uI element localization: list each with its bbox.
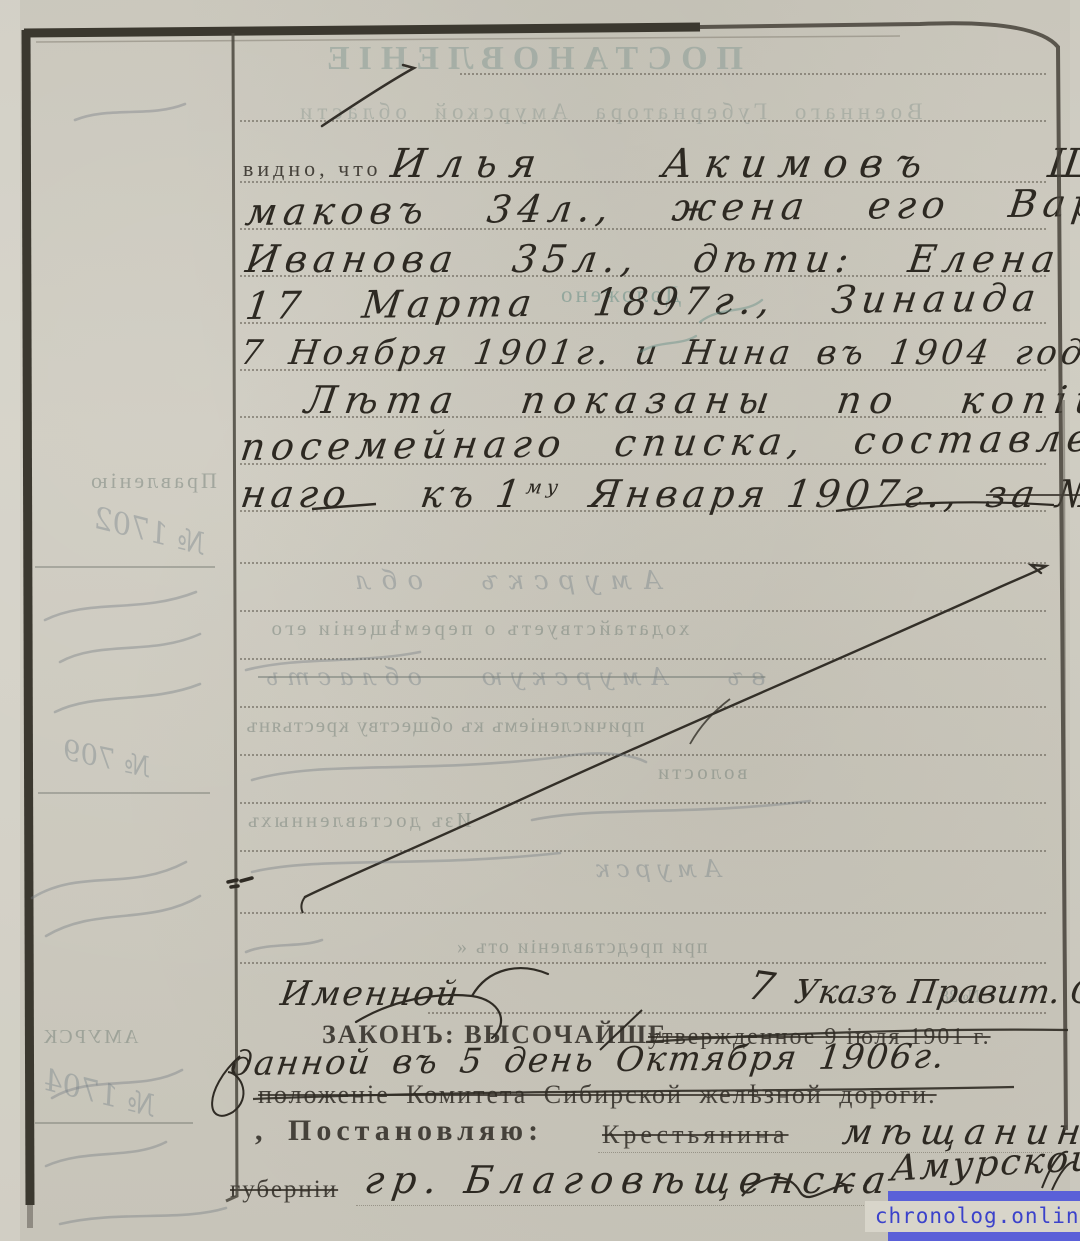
watermark-box: chronolog.online [888, 1191, 1080, 1241]
bleedthrough-line: въ Амурскую область [258, 663, 765, 691]
left-page-margin [0, 0, 20, 1241]
bleedthrough-left-amursk: АМУРСК [42, 1026, 138, 1049]
handwriting-line: маковъ 34л., жена его Варвара [243, 180, 1080, 234]
handwriting-line: посемейнаго списка, составлен [238, 416, 1080, 469]
handwriting-fragment: Января 1907г., [587, 472, 965, 516]
ruled-line [240, 754, 1046, 756]
bleedthrough-left-number: № 1702 [89, 501, 208, 563]
form-label-postanovlyayu: , Постановляю: [255, 1114, 543, 1148]
handwriting-line: Лѣта показаны по копіи [302, 378, 1080, 422]
ruled-line [240, 912, 1046, 914]
handwriting-line: Иванова 35л., дѣти: Елена род [243, 237, 1080, 281]
form-text-polozhenie: положеніе Комитета Сибирской желѣзной до… [258, 1080, 937, 1110]
left-column-line [35, 566, 215, 568]
ruled-line [240, 562, 1046, 564]
watermark-text: chronolog.online [865, 1201, 1080, 1232]
bleedthrough-line: при представленіи отъ « [455, 936, 707, 959]
handwriting-line: 17 Марта 1897г., Зинаида род [243, 274, 1080, 328]
handwriting-fragment-struck: за № 5565 [983, 472, 1080, 516]
ruled-line [240, 610, 1046, 612]
left-column-line [35, 1122, 193, 1124]
handwriting-superscript: му [525, 476, 565, 498]
bleedthrough-left-number: № 1704 [39, 1063, 158, 1125]
bleedthrough-line: Амурскъ обл [345, 566, 662, 596]
form-text-gubernii: губерніи [230, 1176, 338, 1204]
ruled-line [428, 1012, 1046, 1014]
handwriting-line: 7 Ноября 1901г. и Нина въ 1904 году. [238, 333, 1080, 373]
ruled-line [240, 706, 1046, 708]
form-text-krestyanina: Крестьянина [602, 1120, 789, 1150]
handwriting-imennoy: Именной [278, 974, 463, 1014]
ruled-line [460, 73, 1046, 75]
handwriting-blagoveshchenska: гр. Благовѣщенска [362, 1158, 897, 1202]
form-label-vidno-chto: видно, что [243, 156, 382, 182]
bleedthrough-line: волости [655, 760, 747, 785]
handwriting-line: Илья Акимовъ Шу [388, 141, 1080, 187]
handwriting-ukaz: Указъ Правит. Сен. [792, 972, 1080, 1011]
handwriting-danny: данной въ 5 день Октября 1906г. [228, 1037, 948, 1084]
bleedthrough-left-pravleniyu: Правленію [88, 468, 217, 494]
handwriting-line: нагокъ 1муЯнваря 1907г.,за № 5565 [238, 472, 1080, 516]
bleedthrough-line: ходатайствуетъ о перемѣщеніи его [268, 616, 689, 641]
bleedthrough-line: причисленіемъ къ обществу крестьянъ [245, 713, 645, 738]
handwriting-fragment: наго [238, 472, 354, 516]
ruled-line [240, 962, 1046, 964]
ruled-line [240, 802, 1046, 804]
bleedthrough-line: Изъ доставленныхъ [245, 808, 472, 833]
handwriting-insertion-mark: 7 [744, 962, 779, 1011]
left-column-line [38, 792, 210, 794]
ruled-line [240, 658, 1046, 660]
ruled-line [240, 850, 1046, 852]
scanned-archival-document: ПОСТАНОВЛЕНІЕ Военнаго Губернатора Амурс… [0, 0, 1080, 1241]
bleedthrough-line: Амурск [590, 855, 721, 883]
handwriting-fragment: къ 1 [418, 472, 528, 516]
ruled-line [240, 120, 1046, 122]
bleedthrough-left-number: № 709 [60, 733, 154, 784]
